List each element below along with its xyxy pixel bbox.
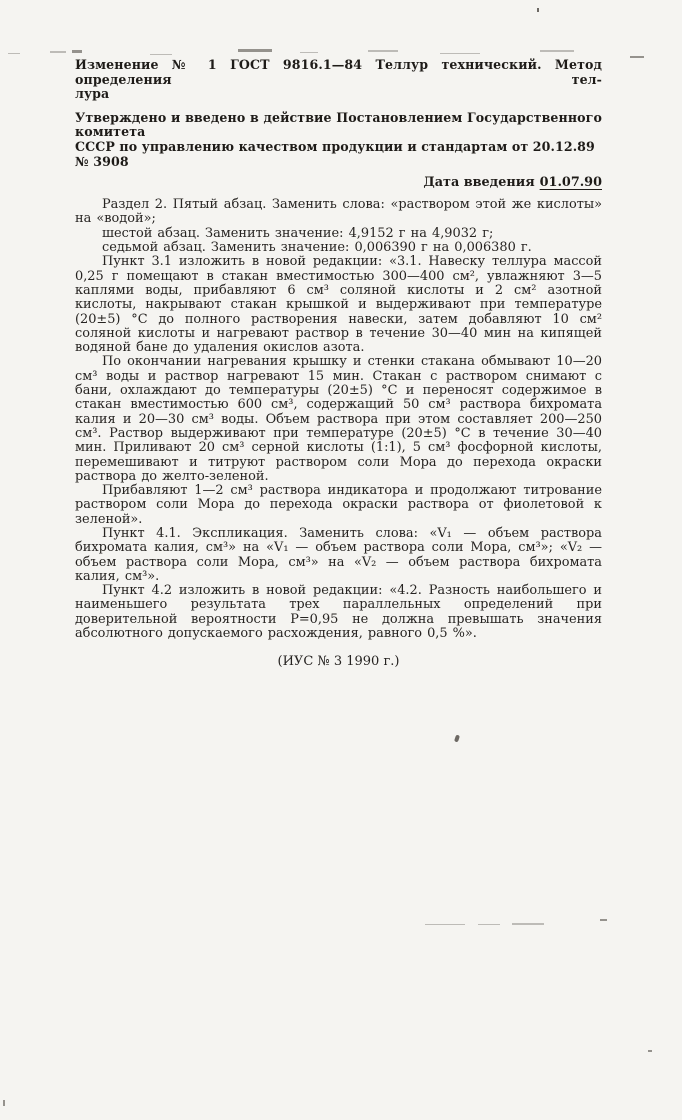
effective-date-label: Дата введения xyxy=(423,175,534,190)
scan-artifact xyxy=(50,51,66,53)
scan-artifact xyxy=(425,924,465,925)
scan-artifact xyxy=(630,56,644,58)
paragraph-section2-seventh: седьмой абзац. Заменить значение: 0,0063… xyxy=(75,241,602,255)
paragraph-section2-sixth: шестой абзац. Заменить значение: 4,9152 … xyxy=(75,227,602,241)
scan-artifact xyxy=(512,923,544,925)
scan-artifact xyxy=(540,50,574,52)
scan-artifact xyxy=(3,1100,5,1106)
approval-line-1: Утверждено и введено в действие Постанов… xyxy=(75,111,602,140)
title-line-1: Изменение № 1 ГОСТ 9816.1—84 Теллур техн… xyxy=(75,58,602,87)
paragraph-clause-4-1: Пункт 4.1. Экспликация. Заменить слова: … xyxy=(75,527,602,584)
paragraph-section2-fifth: Раздел 2. Пятый абзац. Заменить слова: «… xyxy=(75,198,602,227)
scan-artifact xyxy=(238,49,272,52)
scan-artifact xyxy=(478,924,500,925)
document-body: Раздел 2. Пятый абзац. Заменить слова: «… xyxy=(75,198,602,641)
effective-date-value: 01.07.90 xyxy=(540,175,602,190)
publication-source-note: (ИУС № 3 1990 г.) xyxy=(75,654,602,669)
paragraph-clause-3-1: Пункт 3.1 изложить в новой редакции: «3.… xyxy=(75,255,602,355)
document-title: Изменение № 1 ГОСТ 9816.1—84 Теллур техн… xyxy=(75,58,602,102)
approval-line-2: СССР по управлению качеством продукции и… xyxy=(75,140,602,169)
document-content: Изменение № 1 ГОСТ 9816.1—84 Теллур техн… xyxy=(75,58,602,669)
paragraph-indicator-titration: Прибавляют 1—2 см³ раствора индикатора и… xyxy=(75,484,602,527)
scan-artifact xyxy=(368,50,398,52)
approval-statement: Утверждено и введено в действие Постанов… xyxy=(75,111,602,169)
scan-artifact xyxy=(537,8,539,12)
scan-artifact xyxy=(600,919,607,921)
scan-artifact xyxy=(454,735,460,743)
scan-artifact xyxy=(8,53,20,54)
scan-artifact xyxy=(440,53,480,54)
scan-artifact xyxy=(150,54,172,55)
paragraph-clause-4-2: Пункт 4.2 изложить в новой редакции: «4.… xyxy=(75,584,602,641)
effective-date-line: Дата введения01.07.90 xyxy=(75,175,602,190)
scan-artifact xyxy=(72,50,82,53)
scan-artifact xyxy=(300,52,318,53)
document-page: Изменение № 1 ГОСТ 9816.1—84 Теллур техн… xyxy=(0,0,682,1120)
scan-artifact xyxy=(648,1050,652,1052)
title-line-2: лура xyxy=(75,87,602,102)
paragraph-heating-procedure: По окончании нагревания крышку и стенки … xyxy=(75,355,602,484)
